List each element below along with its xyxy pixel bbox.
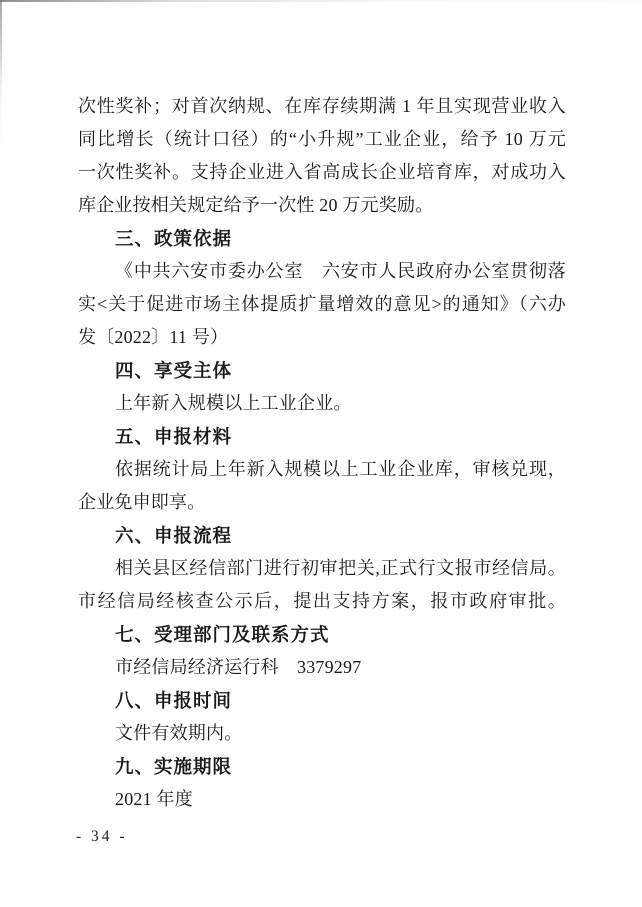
page-edge-shadow-top <box>0 0 642 2</box>
body-text-line: 市经信局经核查公示后，提出支持方案，报市政府审批。 <box>78 585 566 618</box>
section-heading: 三、政策依据 <box>78 222 566 255</box>
body-text-line: 2021 年度 <box>78 783 566 816</box>
body-text-line: 相关县区经信部门进行初审把关,正式行文报市经信局。 <box>78 552 566 585</box>
body-text-line: 市经信局经济运行科 3379297 <box>78 651 566 684</box>
section-heading: 六、申报流程 <box>78 519 566 552</box>
section-heading: 九、实施期限 <box>78 750 566 783</box>
body-text-line: 企业免申即享。 <box>78 486 566 519</box>
body-text-line: 依据统计局上年新入规模以上工业企业库，审核兑现， <box>78 453 566 486</box>
body-text-line: 《中共六安市委办公室 六安市人民政府办公室贯彻落 <box>78 255 566 288</box>
body-text-line: 同比增长（统计口径）的“小升规”工业企业，给予 10 万元 <box>78 123 566 156</box>
page-number: - 34 - <box>76 828 128 846</box>
body-text-line: 次性奖补；对首次纳规、在库存续期满 1 年且实现营业收入 <box>78 90 566 123</box>
section-heading: 八、申报时间 <box>78 684 566 717</box>
document-body: 次性奖补；对首次纳规、在库存续期满 1 年且实现营业收入同比增长（统计口径）的“… <box>78 90 566 816</box>
body-text-line: 发〔2022〕11 号） <box>78 321 566 354</box>
body-text-line: 一次性奖补。支持企业进入省高成长企业培育库，对成功入 <box>78 156 566 189</box>
section-heading: 五、申报材料 <box>78 420 566 453</box>
section-heading: 四、享受主体 <box>78 354 566 387</box>
page-edge-shadow-left <box>0 0 2 150</box>
body-text-line: 库企业按相关规定给予一次性 20 万元奖励。 <box>78 189 566 222</box>
document-page: 次性奖补；对首次纳规、在库存续期满 1 年且实现营业收入同比增长（统计口径）的“… <box>0 0 642 907</box>
section-heading: 七、受理部门及联系方式 <box>78 618 566 651</box>
body-text-line: 实<关于促进市场主体提质扩量增效的意见>的通知》（六办 <box>78 288 566 321</box>
body-text-line: 上年新入规模以上工业企业。 <box>78 387 566 420</box>
body-text-line: 文件有效期内。 <box>78 717 566 750</box>
